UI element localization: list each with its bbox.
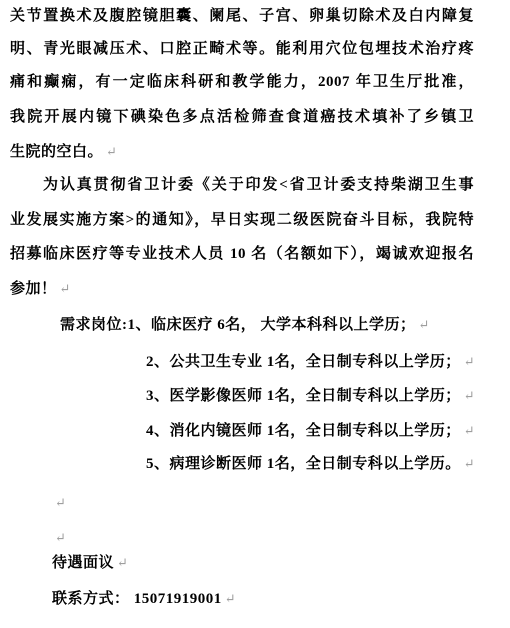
positions-header-line: 需求岗位:1、临床医疗 6名， 大学本科科以上学历；↵ <box>60 315 429 335</box>
para1-line2: 明、青光眼减压术、口腔正畸术等。能利用穴位包埋技术治疗疼 <box>10 40 474 59</box>
empty-paragraph-2: ↵ <box>52 528 66 548</box>
positions-item-3-text: 3、医学影像医师 1名，全日制专科以上学历； <box>146 388 461 404</box>
paragraph-mark-icon: ↵ <box>103 144 117 159</box>
positions-item-5: 5、病理诊断医师 1名，全日制专科以上学历。↵ <box>146 454 475 474</box>
paragraph-mark-icon: ↵ <box>416 317 430 332</box>
para1-line1: 关节置换术及腹腔镜胆囊、阑尾、子宫、卵巢切除术及白内障复 <box>10 7 474 26</box>
para2-line4: 参加！↵ <box>10 279 70 299</box>
para2-line2: 业发展实施方案>的通知》，早日实现二级医院奋斗目标，我院特 <box>10 211 474 230</box>
para1-line5-text: 生院的空白。 <box>10 144 103 160</box>
paragraph-mark-icon: ↵ <box>114 555 128 570</box>
paragraph-mark-icon: ↵ <box>222 591 236 606</box>
paragraph-mark-icon: ↵ <box>461 423 475 438</box>
para2-line3: 招募临床医疗等专业技术人员 10 名（名额如下），竭诚欢迎报名 <box>10 245 474 264</box>
empty-paragraph-1: ↵ <box>52 493 66 513</box>
paragraph-mark-icon: ↵ <box>461 388 475 403</box>
salary-line: 待遇面议↵ <box>52 553 128 573</box>
salary-text: 待遇面议 <box>52 555 114 571</box>
positions-item-2: 2、公共卫生专业 1名，全日制专科以上学历；↵ <box>146 352 475 372</box>
positions-item-2-text: 2、公共卫生专业 1名，全日制专科以上学历； <box>146 354 461 370</box>
para2-line4-text: 参加！ <box>10 281 57 297</box>
contact-line: 联系方式： 15071919001↵ <box>52 589 236 609</box>
paragraph-mark-icon: ↵ <box>461 354 475 369</box>
contact-text: 联系方式： 15071919001 <box>52 591 222 607</box>
paragraph-mark-icon: ↵ <box>52 495 66 510</box>
positions-item-4-text: 4、消化内镜医师 1名，全日制专科以上学历； <box>146 423 461 439</box>
positions-item-5-text: 5、病理诊断医师 1名，全日制专科以上学历。 <box>146 456 461 472</box>
para2-line1: 为认真贯彻省卫计委《关于印发<省卫计委支持柴湖卫生事 <box>10 176 474 195</box>
para1-line4: 我院开展内镜下碘染色多点活检筛查食道癌技术填补了乡镇卫 <box>10 108 474 127</box>
para1-line3: 痛和癫痫，有一定临床科研和教学能力，2007 年卫生厅批准， <box>10 73 474 92</box>
paragraph-mark-icon: ↵ <box>57 281 71 296</box>
document-page: 关节置换术及腹腔镜胆囊、阑尾、子宫、卵巢切除术及白内障复 明、青光眼减压术、口腔… <box>0 0 510 628</box>
positions-item-4: 4、消化内镜医师 1名，全日制专科以上学历；↵ <box>146 421 475 441</box>
paragraph-mark-icon: ↵ <box>461 456 475 471</box>
paragraph-mark-icon: ↵ <box>52 530 66 545</box>
positions-item-3: 3、医学影像医师 1名，全日制专科以上学历；↵ <box>146 386 475 406</box>
para1-line5: 生院的空白。↵ <box>10 142 117 162</box>
positions-header-text: 需求岗位:1、临床医疗 6名， 大学本科科以上学历； <box>60 317 416 333</box>
